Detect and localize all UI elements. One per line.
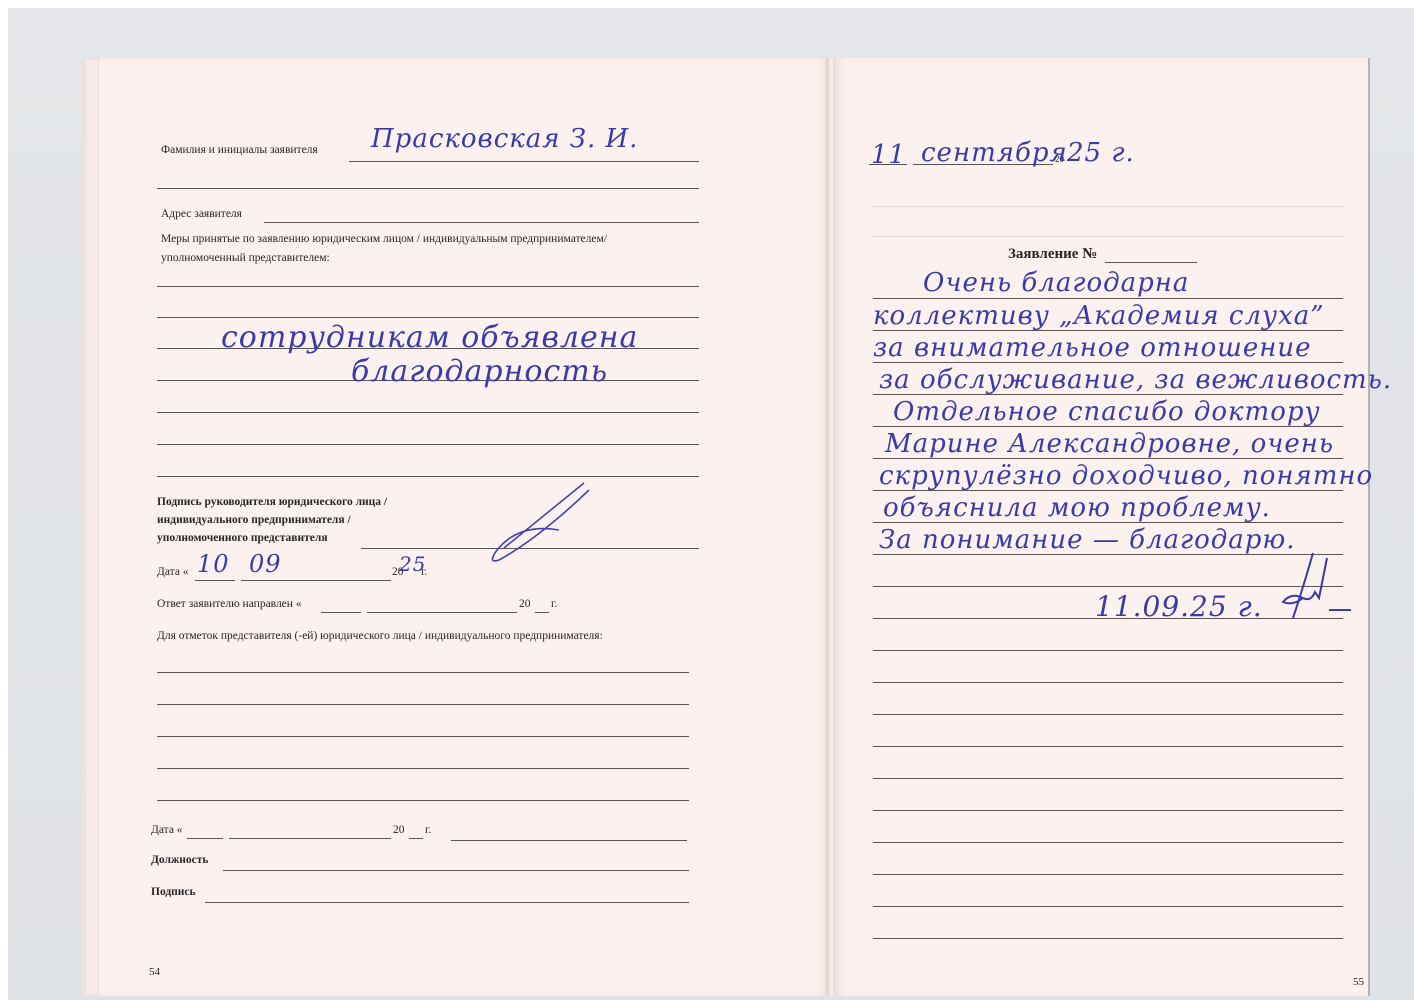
applicant-name-line (349, 161, 699, 162)
measures-label-1: Меры принятые по заявлению юридическим л… (161, 233, 607, 245)
signature-label-2: индивидуального предпринимателя / (157, 514, 351, 526)
date-month-value: 09 (249, 550, 282, 578)
measures-line (157, 286, 699, 287)
notes-label: Для отметок представителя (-ей) юридичес… (157, 630, 603, 642)
date-month-line (241, 580, 391, 581)
ruled-line (873, 298, 1343, 299)
page-number: 54 (149, 966, 160, 978)
right-page: 20 11 сентября 25 г. Заявление № Очень б… (833, 58, 1370, 996)
date2-suffix: г. (425, 824, 431, 836)
measures-value-1: сотрудникам объявлена (221, 320, 638, 355)
signed-date: 11.09.25 г. (1095, 590, 1263, 623)
reply-label: Ответ заявителю направлен « (157, 598, 302, 610)
statement-number-line (1105, 262, 1197, 263)
sign-line (205, 902, 689, 903)
signature-label-3: уполномоченного представителя (157, 532, 328, 544)
handwritten-line: Марине Александровне, очень (885, 429, 1334, 459)
reply-year: 20 (519, 598, 531, 610)
reply-suffix: г. (551, 598, 557, 610)
measures-line (157, 317, 699, 318)
measures-value-2: благодарность (351, 354, 608, 389)
handwritten-line: коллективу „Академия слуха” (873, 301, 1325, 331)
ruled-line (873, 682, 1343, 683)
page-number: 55 (1353, 976, 1364, 988)
measures-label-2: уполномоченный представителем: (161, 252, 330, 264)
ruled-line (873, 746, 1343, 747)
date2-extra-line (451, 840, 687, 841)
notes-line (157, 800, 689, 801)
handwritten-line: за внимательное отношение (873, 333, 1312, 363)
blank-line (157, 188, 699, 189)
ruled-line (873, 906, 1343, 907)
date-day-value: 11 (871, 140, 906, 170)
reply-day-line (321, 612, 361, 613)
date2-label: Дата « (151, 824, 183, 836)
date-year-value: 25 (399, 552, 426, 576)
ruled-line (873, 938, 1343, 939)
measures-line (157, 444, 699, 445)
statement-title: Заявление № (1008, 246, 1097, 263)
handwritten-line: объяснила мою проблему. (883, 493, 1271, 523)
date2-year: 20 (393, 824, 405, 836)
ruled-line (873, 778, 1343, 779)
reply-month-line (367, 612, 517, 613)
ruled-line (873, 650, 1343, 651)
open-booklet: Фамилия и инициалы заявителя Прасковская… (78, 58, 1373, 996)
address-label: Адрес заявителя (161, 208, 242, 220)
measures-line (157, 412, 699, 413)
signature-label-1: Подпись руководителя юридического лица / (157, 496, 387, 508)
handwritten-line: За понимание — благодарю. (879, 525, 1296, 555)
date2-month-line (229, 838, 391, 839)
ruled-line (873, 714, 1343, 715)
handwritten-line: Отдельное спасибо доктору (893, 397, 1321, 427)
ruled-line (873, 810, 1343, 811)
applicant-name-label: Фамилия и инициалы заявителя (161, 144, 318, 156)
date2-day-line (187, 838, 223, 839)
date-label: Дата « (157, 566, 189, 578)
applicant-signature (1263, 548, 1353, 628)
show-through-line (873, 206, 1343, 207)
date-day-value: 10 (197, 550, 230, 578)
applicant-name-value: Прасковская З. И. (371, 124, 638, 154)
manager-signature (479, 478, 599, 578)
date2-year-line (409, 838, 423, 839)
measures-line (157, 476, 699, 477)
notes-line (157, 672, 689, 673)
ruled-line (873, 874, 1343, 875)
handwritten-line: за обслуживание, за вежливость. (879, 365, 1392, 395)
date-day-line (195, 580, 235, 581)
handwritten-line: Очень благодарна (923, 268, 1189, 298)
notes-line (157, 736, 689, 737)
reply-year-line (535, 612, 549, 613)
date-month-value: сентября (921, 138, 1068, 168)
notes-line (157, 704, 689, 705)
show-through-line (873, 236, 1343, 237)
date-year-value: 25 г. (1067, 138, 1135, 168)
handwritten-line: скрупулёзно доходчиво, понятно (879, 461, 1373, 491)
left-page: Фамилия и инициалы заявителя Прасковская… (98, 58, 829, 996)
notes-line (157, 768, 689, 769)
position-label: Должность (151, 854, 209, 866)
sign-label: Подпись (151, 886, 196, 898)
address-line (264, 222, 699, 223)
position-line (223, 870, 689, 871)
ruled-line (873, 842, 1343, 843)
